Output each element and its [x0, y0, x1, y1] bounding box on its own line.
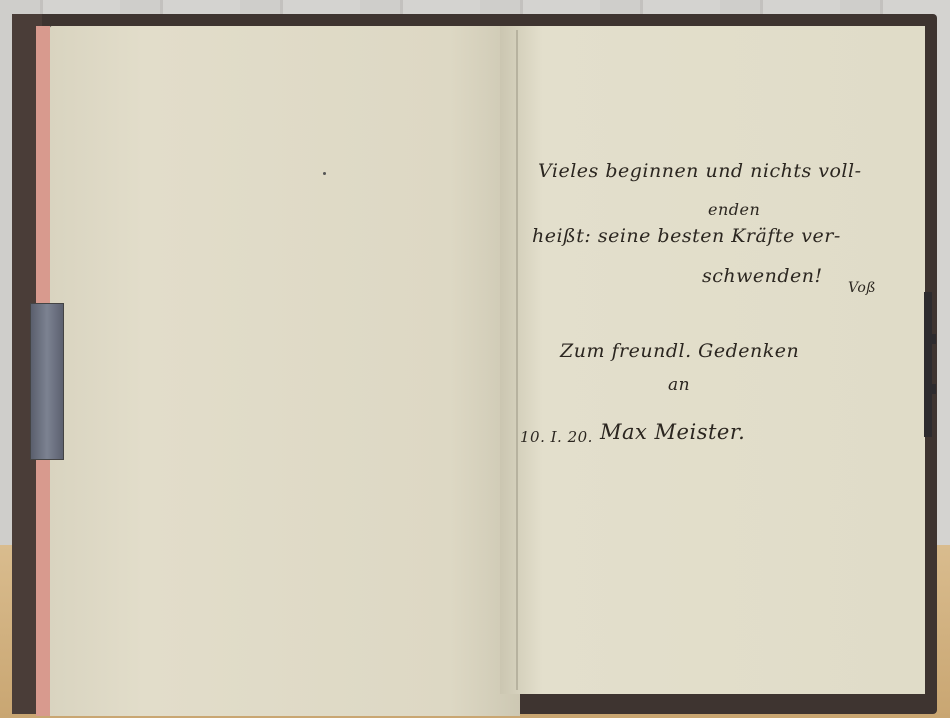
dedication-line-1: Zum freundl. Gedenken [560, 340, 799, 362]
verse-line-1-insert: enden [708, 200, 760, 219]
paper-speck [323, 172, 326, 175]
metal-clasp-left [30, 303, 64, 460]
verse-line-1: Vieles beginnen und nichts voll- [538, 160, 862, 182]
dedication-line-2: an [668, 375, 690, 395]
metal-clasp-right [924, 292, 932, 437]
verse-attribution: Voß [848, 280, 876, 296]
verse-line-3: schwenden! [702, 265, 823, 287]
left-page [50, 26, 520, 716]
book-gutter [516, 30, 518, 690]
signature-name: Max Meister. [600, 420, 745, 444]
dedication-date: 10. I. 20. [520, 428, 593, 446]
verse-line-2: heißt: seine besten Kräfte ver- [532, 225, 841, 247]
